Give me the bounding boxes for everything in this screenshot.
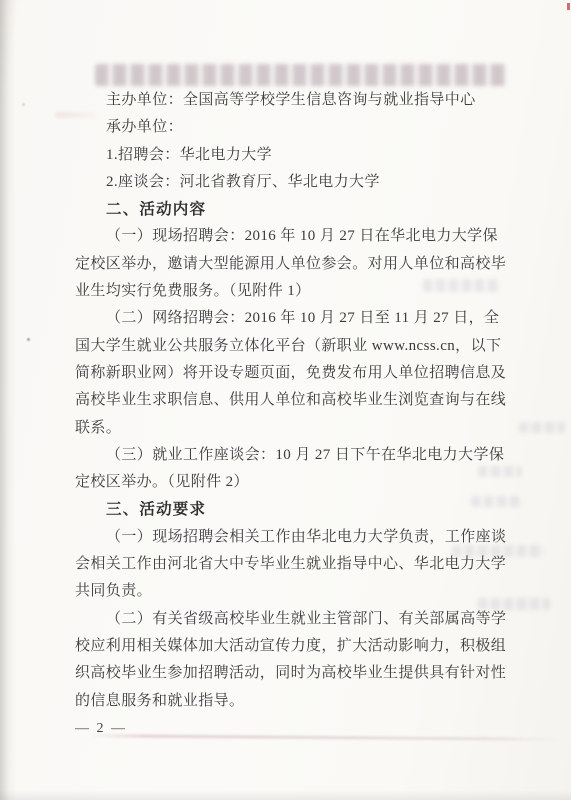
red-ink-mark — [567, 3, 570, 10]
body-line: 定校区举办，邀请大型能源用人单位参会。对用人单位和高校毕 — [75, 251, 509, 278]
scan-speck — [22, 103, 25, 106]
undertaker-item: 1.招聘会：华北电力大学 — [75, 142, 509, 169]
body-line: 定校区举办。（见附件 2） — [75, 469, 509, 496]
body-line: 国大学生就业公共服务立体化平台（新职业 www.ncss.cn，以下 — [75, 333, 509, 360]
organizer-line: 主办单位：全国高等学校学生信息咨询与就业指导中心 — [75, 87, 509, 114]
scan-edge-shadow-bottom — [0, 790, 571, 800]
body-line: 联系。 — [75, 415, 509, 442]
undertaker-label: 承办单位： — [75, 114, 509, 141]
document-body: 主办单位：全国高等学校学生信息咨询与就业指导中心 承办单位： 1.招聘会：华北电… — [75, 87, 509, 742]
body-line: 业生均实行免费服务。（见附件 1） — [75, 278, 509, 305]
scan-speck — [27, 338, 30, 341]
undertaker-item: 2.座谈会：河北省教育厅、华北电力大学 — [75, 169, 509, 196]
scan-edge-shadow-left — [0, 0, 16, 800]
bleedthrough-mark — [95, 64, 507, 86]
body-line: （二）网络招聘会：2016 年 10 月 27 日至 11 月 27 日，全 — [75, 305, 509, 332]
body-line: 校应利用相关媒体加大活动宣传力度，扩大活动影响力，积极组 — [75, 633, 509, 660]
body-line: （一）现场招聘会：2016 年 10 月 27 日在华北电力大学保 — [75, 223, 509, 250]
body-line: （一）现场招聘会相关工作由华北电力大学负责，工作座谈 — [75, 524, 509, 551]
section-heading-activities: 二、活动内容 — [75, 196, 509, 223]
body-line: 织高校毕业生参加招聘活动，同时为高校毕业生提供具有针对性 — [75, 660, 509, 687]
body-line: （三）就业工作座谈会：10 月 27 日下午在华北电力大学保 — [75, 442, 509, 469]
body-line: （二）有关省级高校毕业生就业主管部门、有关部属高等学 — [75, 606, 509, 633]
body-line: 简称新职业网）将开设专题页面，免费发布用人单位招聘信息及 — [75, 360, 509, 387]
scanned-document-page: 主办单位：全国高等学校学生信息咨询与就业指导中心 承办单位： 1.招聘会：华北电… — [0, 0, 571, 800]
page-number: — 2 — — [75, 715, 509, 742]
body-line: 的信息服务和就业指导。 — [75, 688, 509, 715]
body-line: 共同负责。 — [75, 578, 509, 605]
body-line: 会相关工作由河北省大中专毕业生就业指导中心、华北电力大学 — [75, 551, 509, 578]
section-heading-requirements: 三、活动要求 — [75, 496, 509, 523]
bleedthrough-mark — [519, 422, 565, 433]
body-line: 高校毕业生求职信息、供用人单位和高校毕业生浏览查询与在线 — [75, 387, 509, 414]
